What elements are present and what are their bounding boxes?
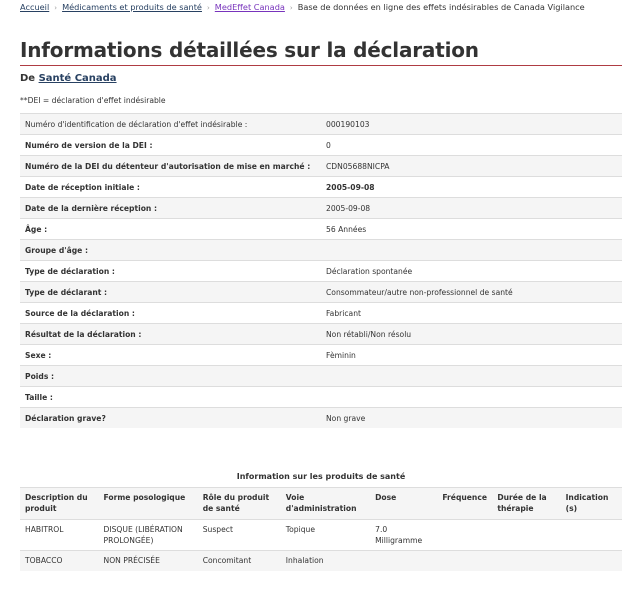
details-row: Numéro d'identification de déclaration d… bbox=[20, 114, 622, 135]
details-row: Date de la dernière réception :2005-09-0… bbox=[20, 198, 622, 219]
products-cell: Concomitant bbox=[198, 551, 281, 572]
products-column-header: Indication (s) bbox=[561, 488, 622, 520]
details-row: Poids : bbox=[20, 366, 622, 387]
products-cell: Topique bbox=[281, 520, 370, 551]
details-value: 56 Années bbox=[321, 219, 622, 240]
breadcrumb-medeffet-link[interactable]: MedEffet Canada bbox=[215, 2, 285, 12]
details-row: Source de la déclaration :Fabricant bbox=[20, 303, 622, 324]
details-label: Date de réception initiale : bbox=[20, 177, 321, 198]
products-column-header: Voie d'administration bbox=[281, 488, 370, 520]
details-value: Fabricant bbox=[321, 303, 622, 324]
details-label: Sexe : bbox=[20, 345, 321, 366]
details-label: Taille : bbox=[20, 387, 321, 408]
breadcrumb-separator-icon: › bbox=[290, 4, 293, 12]
details-row: Déclaration grave?Non grave bbox=[20, 408, 622, 429]
breadcrumb-drugs-health-products-link[interactable]: Médicaments et produits de santé bbox=[62, 2, 202, 12]
details-label: Numéro d'identification de déclaration d… bbox=[20, 114, 321, 135]
details-row: Numéro de version de la DEI :0 bbox=[20, 135, 622, 156]
details-row: Type de déclarant :Consommateur/autre no… bbox=[20, 282, 622, 303]
details-value bbox=[321, 387, 622, 408]
products-cell bbox=[437, 551, 492, 572]
details-label: Groupe d'âge : bbox=[20, 240, 321, 261]
details-label: Numéro de la DEI du détenteur d'autorisa… bbox=[20, 156, 321, 177]
details-row: Date de réception initiale :2005-09-08 bbox=[20, 177, 622, 198]
products-cell: Suspect bbox=[198, 520, 281, 551]
details-value: Déclaration spontanée bbox=[321, 261, 622, 282]
breadcrumb-separator-icon: › bbox=[207, 4, 210, 12]
health-products-table: Description du produitForme posologiqueR… bbox=[20, 487, 622, 571]
details-label: Résultat de la déclaration : bbox=[20, 324, 321, 345]
breadcrumb-separator-icon: › bbox=[54, 4, 57, 12]
details-value: CDN05688NICPA bbox=[321, 156, 622, 177]
page-title: Informations détaillées sur la déclarati… bbox=[20, 38, 622, 66]
products-cell bbox=[437, 520, 492, 551]
products-cell bbox=[492, 551, 560, 572]
products-row: HABITROLDISQUE (LIBÉRATION PROLONGÉE)Sus… bbox=[20, 520, 622, 551]
details-value bbox=[321, 366, 622, 387]
details-row: Sexe :Fèminin bbox=[20, 345, 622, 366]
details-value: 000190103 bbox=[321, 114, 622, 135]
products-cell bbox=[561, 551, 622, 572]
products-cell: DISQUE (LIBÉRATION PROLONGÉE) bbox=[99, 520, 198, 551]
report-details-table: Numéro d'identification de déclaration d… bbox=[20, 113, 622, 428]
source-line: De Santé Canada bbox=[20, 73, 117, 84]
details-label: Poids : bbox=[20, 366, 321, 387]
details-row: Résultat de la déclaration :Non rétabli/… bbox=[20, 324, 622, 345]
products-cell bbox=[492, 520, 560, 551]
health-canada-link[interactable]: Santé Canada bbox=[39, 73, 117, 84]
products-table-caption: Information sur les produits de santé bbox=[20, 472, 622, 481]
details-row: Âge :56 Années bbox=[20, 219, 622, 240]
details-value: Fèminin bbox=[321, 345, 622, 366]
products-cell bbox=[370, 551, 437, 572]
abbreviation-note: **DEI = déclaration d'effet indésirable bbox=[20, 96, 166, 105]
products-column-header: Description du produit bbox=[20, 488, 99, 520]
details-label: Âge : bbox=[20, 219, 321, 240]
details-label: Déclaration grave? bbox=[20, 408, 321, 429]
details-value: Non rétabli/Non résolu bbox=[321, 324, 622, 345]
products-cell: NON PRÉCISÉE bbox=[99, 551, 198, 572]
details-label: Type de déclarant : bbox=[20, 282, 321, 303]
products-cell bbox=[561, 520, 622, 551]
products-cell: HABITROL bbox=[20, 520, 99, 551]
products-column-header: Durée de la thérapie bbox=[492, 488, 560, 520]
details-value: 2005-09-08 bbox=[321, 198, 622, 219]
details-label: Type de déclaration : bbox=[20, 261, 321, 282]
details-value: Consommateur/autre non-professionnel de … bbox=[321, 282, 622, 303]
breadcrumb: Accueil›Médicaments et produits de santé… bbox=[20, 2, 585, 12]
breadcrumb-current: Base de données en ligne des effets indé… bbox=[298, 2, 585, 12]
source-prefix: De bbox=[20, 73, 35, 84]
details-value: 2005-09-08 bbox=[321, 177, 622, 198]
products-column-header: Rôle du produit de santé bbox=[198, 488, 281, 520]
products-cell: TOBACCO bbox=[20, 551, 99, 572]
products-cell: Inhalation bbox=[281, 551, 370, 572]
details-row: Groupe d'âge : bbox=[20, 240, 622, 261]
breadcrumb-home-link[interactable]: Accueil bbox=[20, 2, 49, 12]
products-column-header: Dose bbox=[370, 488, 437, 520]
details-value: Non grave bbox=[321, 408, 622, 429]
details-label: Numéro de version de la DEI : bbox=[20, 135, 321, 156]
products-column-header: Forme posologique bbox=[99, 488, 198, 520]
details-value: 0 bbox=[321, 135, 622, 156]
details-row: Numéro de la DEI du détenteur d'autorisa… bbox=[20, 156, 622, 177]
details-label: Date de la dernière réception : bbox=[20, 198, 321, 219]
details-row: Taille : bbox=[20, 387, 622, 408]
details-row: Type de déclaration :Déclaration spontan… bbox=[20, 261, 622, 282]
products-cell: 7.0 Milligramme bbox=[370, 520, 437, 551]
products-column-header: Fréquence bbox=[437, 488, 492, 520]
details-label: Source de la déclaration : bbox=[20, 303, 321, 324]
details-value bbox=[321, 240, 622, 261]
products-row: TOBACCONON PRÉCISÉEConcomitantInhalation bbox=[20, 551, 622, 572]
